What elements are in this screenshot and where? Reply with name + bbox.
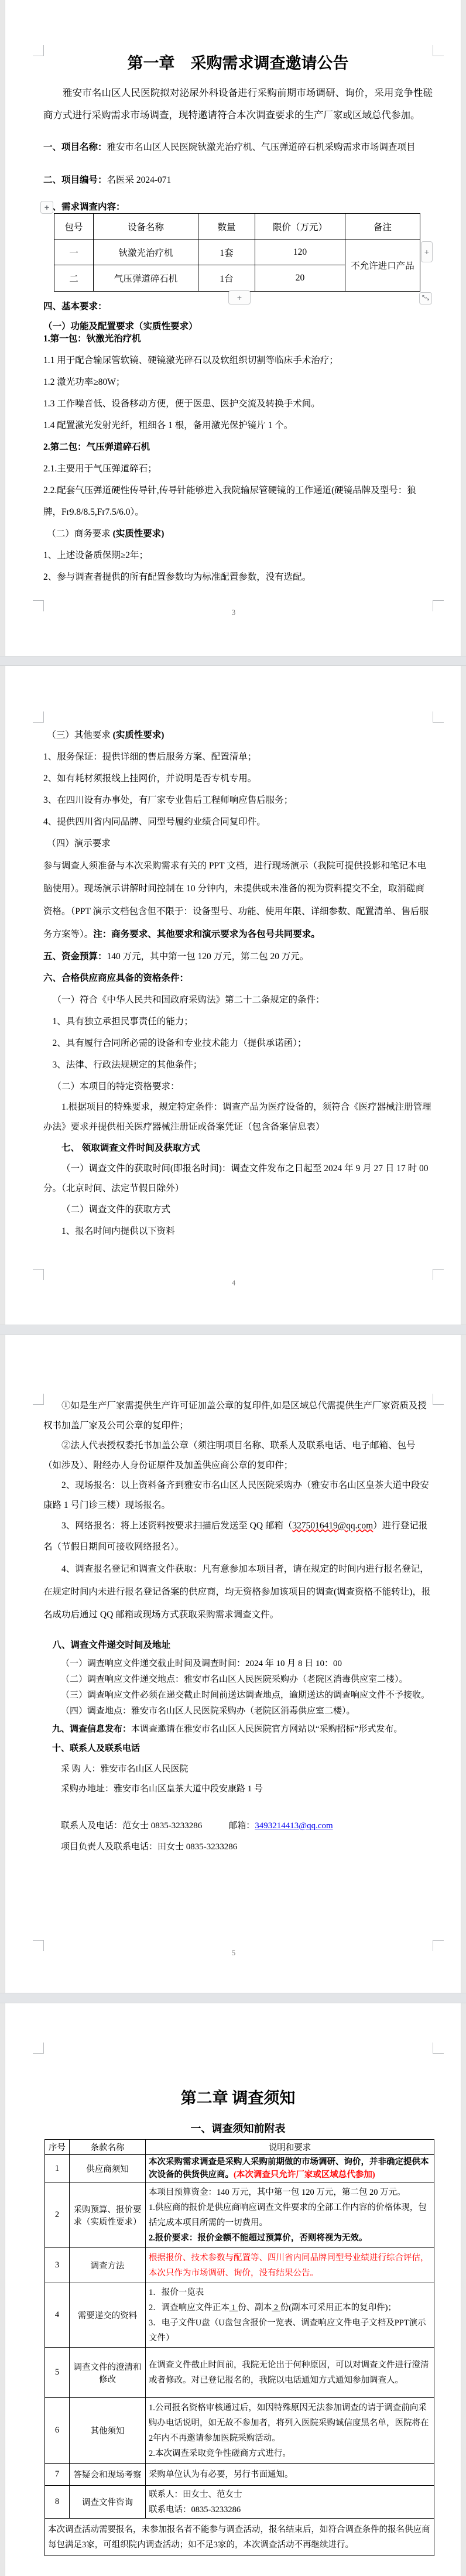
info-release-text: 本调查邀请在雅安市名山区人民医院官方网站以“采购招标”形式发布。 — [131, 1725, 402, 1734]
authorization-item: ②法人代表授权委托书加盖公章（须注明项目名称、联系人及联系电话、电子邮箱、包号（… — [43, 1436, 433, 1476]
table-move-icon: + — [44, 203, 49, 212]
info-release-label: 九、调查信息发布： — [52, 1725, 131, 1734]
table-row: 7 答疑会和现场考察 采购单位认为有必要，另行书面通知。 — [45, 2464, 434, 2486]
equipment-table: 包号 设备名称 数量 限价（万元） 备注 一 钬激光治疗机 1套 120 不允许… — [54, 213, 420, 292]
row1-label: 供应商须知 — [70, 2155, 146, 2182]
col-package-no: 包号 — [54, 214, 94, 240]
margin-mark-top-right — [433, 45, 444, 56]
row6-label: 其他须知 — [70, 2398, 146, 2464]
page-number: 4 — [5, 1278, 462, 1288]
row7-no: 7 — [45, 2464, 70, 2486]
doc-page-4: 第二章 调查须知 一、调查须知前附表 序号 条款名称 说明和要求 1 供应商须知… — [5, 2003, 461, 2576]
section-basic-req-label: 四、基本要求： — [43, 296, 433, 317]
pkg1-item: 1.4 配置激光发射光纤，粗细各 1 根，备用激光保护镜片 1 个。 — [43, 415, 433, 436]
margin-mark-top-left — [33, 1394, 44, 1405]
margin-mark-top-left — [33, 711, 44, 723]
qual-item: 2、具有履行合同所必需的设备和专业技术能力（提供承诺函）； — [43, 1032, 433, 1054]
row5-label: 调查文件的澄清和修改 — [70, 2348, 146, 2398]
section-project-number: 二、项目编号：名医采 2024-071 — [43, 169, 433, 191]
col-seq-no: 序号 — [45, 2140, 70, 2155]
qual-item: 3、法律、行政法规规定的其他条件； — [43, 1054, 433, 1076]
row3-label: 调查方法 — [70, 2248, 146, 2283]
submission-deadline: （一）调查响应文件递交截止时间及调查时间：2024 年 10 月 8 日 10：… — [43, 1656, 433, 1672]
biz-req-heading-bold: (实质性要求) — [113, 529, 165, 539]
demo-req-heading: （四）演示要求 — [43, 833, 433, 854]
add-column-plus-icon: + — [424, 247, 429, 256]
manufacturer-cert-item: ①如是生产厂家需提供生产许可证加盖公章的复印件,如是区域总代需提供生产厂家资质及… — [43, 1396, 433, 1436]
submission-rule: （三）调查响应文件必须在递交截止时间前送达调查地点，逾期送达的调查响应文件不予接… — [43, 1688, 433, 1703]
cell-pkg2-device: 气压弹道碎石机 — [94, 265, 198, 292]
table-row: 2 采购预算、报价要求（实质性要求） 本项目预算资金：140 万元，其中第一包 … — [45, 2182, 434, 2248]
row2-quote-scope: 1.供应商的报价是供应商响应调查文件要求的全部工作内容的价格体现，包括完成本项目… — [149, 2200, 431, 2231]
other-item: 1、服务保证：提供详细的售后服务方案、配置清单； — [43, 746, 433, 768]
survey-notice-table: 序号 条款名称 说明和要求 1 供应商须知 本次采购需求调查是采购人采购前期做的… — [44, 2139, 434, 2556]
row5-content: 在调查文件截止时间前，我院无论出于何种原因，可以对调查文件进行澄清或者修改。对已… — [146, 2348, 434, 2398]
margin-mark-top-left — [33, 45, 44, 56]
row8-label: 调查文件咨询 — [70, 2486, 146, 2519]
doc-page-3: ①如是生产厂家需提供生产许可证加盖公章的复印件,如是区域总代需提供生产厂家资质及… — [5, 1335, 461, 1993]
cell-pkg2-price: 20 — [255, 265, 345, 292]
project-name-label: 一、项目名称： — [43, 142, 107, 152]
obtain-doc-heading: 七、 领取调查文件时间及获取方式 — [43, 1137, 433, 1159]
row7-label: 答疑会和现场考察 — [70, 2464, 146, 2486]
row3-no: 3 — [45, 2248, 70, 2283]
page2-body: （三）其他要求 (实质性要求) 1、服务保证：提供详细的售后服务方案、配置清单；… — [43, 724, 433, 1242]
demo-req-text: 参与调查人须准备与本次采购需求有关的 PPT 文档，进行现场演示（我院可提供投影… — [43, 854, 433, 946]
margin-mark-top-right — [433, 1394, 444, 1405]
buyer-line: 采 购 人：雅安市名山区人民医院 — [43, 1761, 433, 1777]
col-quantity: 数量 — [198, 214, 255, 240]
chapter1-title: 第一章 采购需求调查邀请公告 — [43, 50, 433, 73]
page-number: 3 — [5, 608, 462, 617]
submission-heading: 八、调查文件递交时间及地址 — [43, 1634, 433, 1656]
obtain-doc-materials: 1、报名时间内提供以下资料 — [43, 1220, 433, 1242]
contact-line: 联系人及电话：范女士 0835-3233286 邮箱：3493214413@qq… — [43, 1817, 433, 1835]
specific-qual-text: 1.根据项目的特殊要求，规定特定条件：调查产品为医疗设备的，须符合《医疗器械注册… — [43, 1097, 433, 1137]
row5-no: 5 — [45, 2348, 70, 2398]
row6-item2: 2.本次调查采取竞争性磋商方式进行。 — [149, 2446, 431, 2461]
pkg1-item: 1.1 用于配合输尿管软镜、硬镜激光碎石以及软组织切割等临床手术治疗； — [43, 350, 433, 371]
project-name-text: 雅安市名山区人民医院钬激光治疗机、气压弹道碎石机采购需求市场调查项目 — [107, 142, 416, 152]
row4-label: 需要递交的资料 — [70, 2283, 146, 2348]
margin-mark-top-left — [33, 2043, 44, 2054]
contact-heading: 十、联系人及联系电话 — [43, 1741, 433, 1757]
margin-mark-top-right — [433, 2043, 444, 2054]
biz-req-heading: （二）商务要求 (实质性要求) — [43, 523, 433, 545]
row6-content: 1.公司报名资格审核通过后，如因特殊原因无法参加调查的请于调查前向采购办电话说明… — [146, 2398, 434, 2464]
chapter2-title: 第二章 调查须知 — [43, 2085, 433, 2108]
table-row: 6 其他须知 1.公司报名资格审核通过后，如因特殊原因无法参加调查的请于调查前向… — [45, 2398, 434, 2464]
pkg2-heading: 2.第二包：气压弹道碎石机 — [43, 436, 433, 458]
qual-item: 1、具有独立承担民事责任的能力； — [43, 1011, 433, 1032]
biz-item: 2、参与调查者提供的所有配置参数均为标准配置参数，没有选配。 — [43, 566, 433, 588]
row2-label: 采购预算、报价要求（实质性要求） — [70, 2182, 146, 2248]
table-row: 4 需要递交的资料 1．报价一览表 2．调查响应文件正本 1 份、副本 2 份(… — [45, 2283, 434, 2348]
page-gap — [0, 1325, 466, 1335]
budget-text: 140 万元，其中第一包 120 万元，第二包 20 万元。 — [107, 952, 309, 962]
qual-cond-heading: （一）符合《中华人民共和国政府采购法》第二十二条规定的条件： — [43, 989, 433, 1011]
demo-req-note: 注：商务要求、其他要求和演示要求为各包号共同要求。 — [93, 929, 320, 939]
table-row: 5 调查文件的澄清和修改 在调查文件截止时间前，我院无论出于何种原因，可以对调查… — [45, 2348, 434, 2398]
cell-pkg1-device: 钬激光治疗机 — [94, 240, 198, 265]
obtain-doc-method: （二）调查文件的获取方式 — [43, 1199, 433, 1220]
other-req-heading: （三）其他要求 (实质性要求) — [43, 724, 433, 746]
row6-item1: 1.公司报名资格审核通过后，如因特殊原因无法参加调查的请于调查前向采购办电话说明… — [149, 2400, 431, 2446]
col-clause-name: 条款名称 — [70, 2140, 146, 2155]
table-row: 一 钬激光治疗机 1套 120 不允许进口产品 — [54, 240, 420, 265]
add-column-button[interactable]: + — [421, 241, 433, 262]
cell-pkg2-no: 二 — [54, 265, 94, 292]
doc-page-2: （三）其他要求 (实质性要求) 1、服务保证：提供详细的售后服务方案、配置清单；… — [5, 666, 461, 1325]
pkg1-heading: 1.第一包：钬激光治疗机 — [43, 328, 433, 350]
cell-pkg1-no: 一 — [54, 240, 94, 265]
row8-contact: 联系人：田女士、范女士 — [149, 2487, 431, 2502]
other-item: 2、如有耗材须报线上挂网价，并说明是否专机专用。 — [43, 768, 433, 789]
notice-table-header-row: 序号 条款名称 说明和要求 — [45, 2140, 434, 2155]
row4-content: 1．报价一览表 2．调查响应文件正本 1 份、副本 2 份(副本可采用正本的复印… — [146, 2283, 434, 2348]
notice-table-heading: 一、调查须知前附表 — [43, 2120, 433, 2136]
table-row: 8 调查文件咨询 联系人：田女士、范女士 联系电话：0835-3233286 — [45, 2486, 434, 2519]
table-footer-row: 本次调查活动需要报名，未参加报名者不能参与调查活动，报名结束后，如符合调查条件的… — [45, 2519, 434, 2556]
row4-item2: 2．调查响应文件正本 1 份、副本 2 份(副本可采用正本的复印件)； — [149, 2300, 431, 2315]
info-release-line: 九、调查信息发布：本调查邀请在雅安市名山区人民医院官方网站以“采购招标”形式发布… — [43, 1722, 433, 1737]
survey-place: （四）调查地点：雅安市名山区人民医院采购办（老院区消毒供应室二楼）。 — [43, 1703, 433, 1719]
col-price-limit: 限价（万元） — [255, 214, 345, 240]
cell-pkg1-price: 120 — [255, 240, 345, 265]
other-item: 3、在四川设有办事处，有厂家专业售后工程师响应售后服务； — [43, 789, 433, 811]
document-canvas: 第一章 采购需求调查邀请公告 雅安市名山区人民医院拟对泌尿外科设备进行采购前期市… — [0, 0, 466, 2576]
registration-rules-item: 4、调查报名登记和调查文件获取：凡有意参加本项目者，请在规定的时间内进行报名登记… — [43, 1558, 433, 1626]
col-device-name: 设备名称 — [94, 214, 198, 240]
chapter1-intro: 雅安市名山区人民医院拟对泌尿外科设备进行采购前期市场调研、询价，采用竞争性磋商方… — [43, 82, 433, 126]
table-row: 1 供应商须知 本次采购需求调查是采购人采购前期做的市场调研、询价，并非确定提供… — [45, 2155, 434, 2182]
project-number-label: 二、项目编号： — [43, 175, 107, 185]
row8-content: 联系人：田女士、范女士 联系电话：0835-3233286 — [146, 2486, 434, 2519]
section-project-name: 一、项目名称：雅安市名山区人民医院钬激光治疗机、气压弹道碎石机采购需求市场调查项… — [43, 136, 433, 158]
registration-email-text: 3275016419@qq.com — [292, 1521, 373, 1531]
cell-remark-merged: 不允许进口产品 — [345, 240, 420, 292]
specific-qual-heading: （二）本项目的特定资格要求： — [43, 1076, 433, 1097]
page1-body: 1.第一包：钬激光治疗机 1.1 用于配合输尿管软镜、硬镜激光碎石以及软组织切割… — [43, 328, 433, 588]
table-row: 3 调查方法 根据报价、技术参数与配置等、四川省内同品牌同型号业绩进行综合评估，… — [45, 2248, 434, 2283]
margin-mark-top-right — [433, 711, 444, 723]
other-req-heading-bold: (实质性要求) — [113, 730, 165, 740]
row2-no: 2 — [45, 2182, 70, 2248]
page-gap — [0, 1993, 466, 2003]
project-manager-line: 项目负责人及联系电话：田女士 0835-3233286 — [43, 1838, 433, 1856]
row2-content: 本项目预算资金：140 万元，其中第一包 120 万元，第二包 20 万元。 1… — [146, 2182, 434, 2248]
row4-item3: 3．电子文件U盘（U盘包含报价一览表、调查响应文件电子文档及PPT演示文件） — [149, 2315, 431, 2346]
row7-content: 采购单位认为有必要，另行书面通知。 — [146, 2464, 434, 2486]
row8-phone: 联系电话：0835-3233286 — [149, 2502, 431, 2517]
equipment-table-header-row: 包号 设备名称 数量 限价（万元） 备注 — [54, 214, 420, 240]
doc-page-1: 第一章 采购需求调查邀请公告 雅安市名山区人民医院拟对泌尿外科设备进行采购前期市… — [5, 0, 461, 656]
row2-quote-rule: 2.报价要求：报价金额不能超过预算价，否则将视为无效。 — [149, 2231, 431, 2246]
page3-body: ①如是生产厂家需提供生产许可证加盖公章的复印件,如是区域总代需提供生产厂家资质及… — [43, 1396, 433, 1856]
pkg1-item: 1.2 激光功率≥80W； — [43, 371, 433, 393]
row4-no: 4 — [45, 2283, 70, 2348]
table-move-handle[interactable]: + — [40, 201, 53, 214]
row6-no: 6 — [45, 2398, 70, 2464]
col-remark: 备注 — [345, 214, 420, 240]
project-number-text: 名医采 2024-071 — [107, 175, 172, 185]
onsite-registration-item: 2、现场报名：以上资料备齐到雅安市名山区人民医院采购办（雅安市名山区皇茶大道中段… — [43, 1476, 433, 1516]
biz-item: 1、上述设备质保期≥2年； — [43, 545, 433, 566]
submission-place: （二）调查响应文件递交地点：雅安市名山区人民医院采购办（老院区消毒供应室二楼）。 — [43, 1672, 433, 1688]
buyer-address-line: 采购办地址：雅安市名山区皇茶大道中段安康路 1 号 — [43, 1781, 433, 1797]
qualification-heading: 六、合格供应商应具备的资格条件： — [43, 967, 433, 989]
other-item: 4、提供四川省内同品牌、同型号履约业绩合同复印件。 — [43, 811, 433, 833]
row1-no: 1 — [45, 2155, 70, 2182]
row2-budget: 本项目预算资金：140 万元，其中第一包 120 万元，第二包 20 万元。 — [149, 2185, 431, 2200]
submission-block: （一）调查响应文件递交截止时间及调查时间：2024 年 10 月 8 日 10：… — [43, 1656, 433, 1856]
col-description: 说明和要求 — [146, 2140, 434, 2155]
row1-red-note: (本次调查只允许厂家或区域总代参加) — [234, 2170, 375, 2180]
online-registration-item: 3、网络报名：将上述资料按要求扫描后发送至 QQ 邮箱（3275016419@q… — [43, 1516, 433, 1558]
notice-table-footnote: 本次调查活动需要报名，未参加报名者不能参与调查活动，报名结束后，如符合调查条件的… — [45, 2519, 434, 2556]
cell-pkg1-qty: 1套 — [198, 240, 255, 265]
contact-email-link[interactable]: 3493214413@qq.com — [255, 1821, 333, 1831]
pkg1-item: 1.3 工作噪音低、设备移动方便，便于医患、医护交流及转换手术间。 — [43, 393, 433, 415]
pkg2-item: 2.2.配套气压弹道硬性传导针,传导针能够进入我院输尿管硬镜的工作通道(硬镜品牌… — [43, 480, 433, 523]
budget-label: 五、资金预算： — [43, 952, 107, 962]
row4-item1: 1．报价一览表 — [149, 2285, 431, 2300]
row3-content: 根据报价、技术参数与配置等、四川省内同品牌同型号业绩进行综合评估，本次只作为市场… — [146, 2248, 434, 2283]
page-number: 5 — [5, 1948, 462, 1958]
page-gap — [0, 656, 466, 666]
cell-pkg2-qty: 1台 — [198, 265, 255, 292]
row1-content: 本次采购需求调查是采购人采购前期做的市场调研、询价，并非确定提供本次设备的供货供… — [146, 2155, 434, 2182]
pkg2-item: 2.1.主要用于气压弹道碎石； — [43, 458, 433, 480]
obtain-doc-time: （一）调查文件的获取时间(即报名时间)：调查文件发布之日起至 2024 年 9 … — [43, 1159, 433, 1199]
row8-no: 8 — [45, 2486, 70, 2519]
budget-line: 五、资金预算：140 万元，其中第一包 120 万元，第二包 20 万元。 — [43, 946, 433, 967]
